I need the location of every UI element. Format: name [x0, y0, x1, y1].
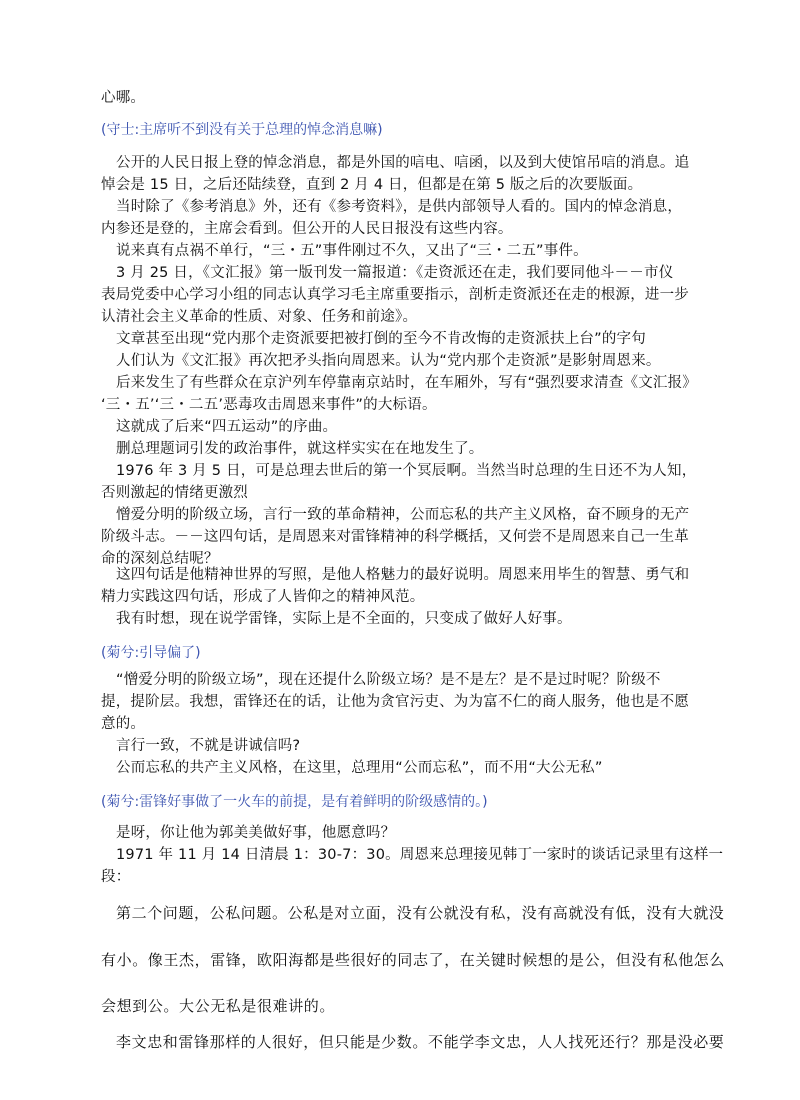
- paragraph-line: 言行一致，不就是讲诚信吗?: [116, 736, 300, 756]
- paragraph-line: 当时除了《参考消息》外，还有《参考资料》，是供内部领导人看的。国内的悼念消息，: [116, 197, 682, 217]
- paragraph-line: 删总理题词引发的政治事件，就这样实实在在地发生了。: [116, 439, 484, 459]
- paragraph-line: 憎爱分明的阶级立场，言行一致的革命精神，公而忘私的共产主义风格，奋不顾身的无产: [116, 505, 689, 525]
- paragraph-line: 提，提阶层。我想，雷锋还在的话，让他为贪官污吏、为为富不仁的商人服务，他也是不愿: [101, 692, 689, 712]
- paragraph-line: 会想到公。大公无私是很难讲的。: [101, 996, 335, 1016]
- paragraph-line: 表局党委中心学习小组的同志认真学习毛主席重要指示，剖析走资派还在走的根源，进一步: [101, 285, 689, 305]
- paragraph-line: 文章甚至出现“党内那个走资派要把被打倒的至今不肯改悔的走资派扶上台”的字句: [116, 329, 646, 349]
- paragraph-line: 1976 年 3 月 5 日，可是总理去世后的第一个冥辰啊。当然当时总理的生日还…: [116, 461, 696, 481]
- paragraph-line: 认清社会主义革命的性质、对象、任务和前途》。: [101, 307, 417, 327]
- paragraph-line: 说来真有点祸不单行，“三・五”事件刚过不久，又出了“三・二五”事件。: [116, 241, 588, 261]
- paragraph-line: 后来发生了有些群众在京沪列车停靠南京站时，在车厢外，写有“强烈要求清查《文汇报》: [116, 373, 697, 393]
- document-page: 心哪。(守士:主席听不到没有关于总理的悼念消息嘛)公开的人民日报上登的悼念消息，…: [0, 0, 800, 1100]
- paragraph-line: 我有时想，现在说学雷锋，实际上是不全面的，只变成了做好人好事。: [116, 609, 572, 629]
- paragraph-line: 内参还是登的，主席会看到。但公开的人民日报没有这些内容。: [101, 219, 513, 239]
- paragraph-line: 公开的人民日报上登的悼念消息，都是外国的唁电、唁函，以及到大使馆吊唁的消息。追: [116, 153, 689, 173]
- paragraph-line: 心哪。: [101, 88, 145, 108]
- paragraph-line: 第二个问题，公私问题。公私是对立面，没有公就没有私，没有高就没有低，没有大就没: [116, 903, 724, 923]
- paragraph-line: 有小。像王杰，雷锋，欧阳海都是些很好的同志了，在关键时候想的是公，但没有私他怎么: [101, 950, 725, 970]
- paragraph-line: 1971 年 11 月 14 日清晨 1：30-7：30。周恩来总理接见韩丁一家…: [116, 845, 723, 865]
- paragraph-line: 公而忘私的共产主义风格，在这里，总理用“公而忘私”，而不用“大公无私”: [116, 758, 603, 778]
- annotation-comment: (守士:主席听不到没有关于总理的悼念消息嘛): [101, 120, 383, 140]
- paragraph-line: 这四句话是他精神世界的写照，是他人格魅力的最好说明。周恩来用毕生的智慧、勇气和: [116, 565, 689, 585]
- paragraph-line: 李文忠和雷锋那样的人很好，但只能是少数。不能学李文忠，人人找死还行？那是没必要: [116, 1032, 724, 1052]
- paragraph-line: 人们认为《文汇报》再次把矛头指向周恩来。认为“党内那个走资派”是影射周恩来。: [116, 351, 661, 371]
- paragraph-line: 3 月 25 日，《文汇报》第一版刊发一篇报道：《走资派还在走，我们要同他斗－－…: [116, 263, 673, 283]
- annotation-comment: (菊兮:引导偏了): [101, 643, 201, 663]
- annotation-comment: (菊兮:雷锋好事做了一火车的前提，是有着鲜明的阶级感情的。): [101, 792, 488, 812]
- paragraph-line: 是呀，你让他为郭美美做好事，他愿意吗？: [116, 823, 395, 843]
- paragraph-line: 悼会是 15 日，之后还陆续登，直到 2 月 4 日，但都是在第 5 版之后的次…: [101, 175, 642, 195]
- paragraph-line: 意的。: [101, 714, 145, 734]
- paragraph-line: “憎爱分明的阶级立场”，现在还提什么阶级立场？是不是左？是不是过时呢？阶级不: [116, 670, 661, 690]
- paragraph-line: 这就成了后来“四五运动”的序曲。: [116, 417, 337, 437]
- paragraph-line: 段：: [101, 867, 130, 887]
- paragraph-line: 否则激起的情绪更激烈: [101, 483, 248, 503]
- paragraph-line: ‘三・五’‘三・二五’恶毒攻击周恩来事件”的大标语。: [101, 395, 437, 415]
- paragraph-line: 精力实践这四句话，形成了人皆仰之的精神风范。: [101, 587, 424, 607]
- paragraph-line: 阶级斗志。－－这四句话，是周恩来对雷锋精神的科学概括，又何尝不是周恩来自己一生革: [101, 527, 689, 547]
